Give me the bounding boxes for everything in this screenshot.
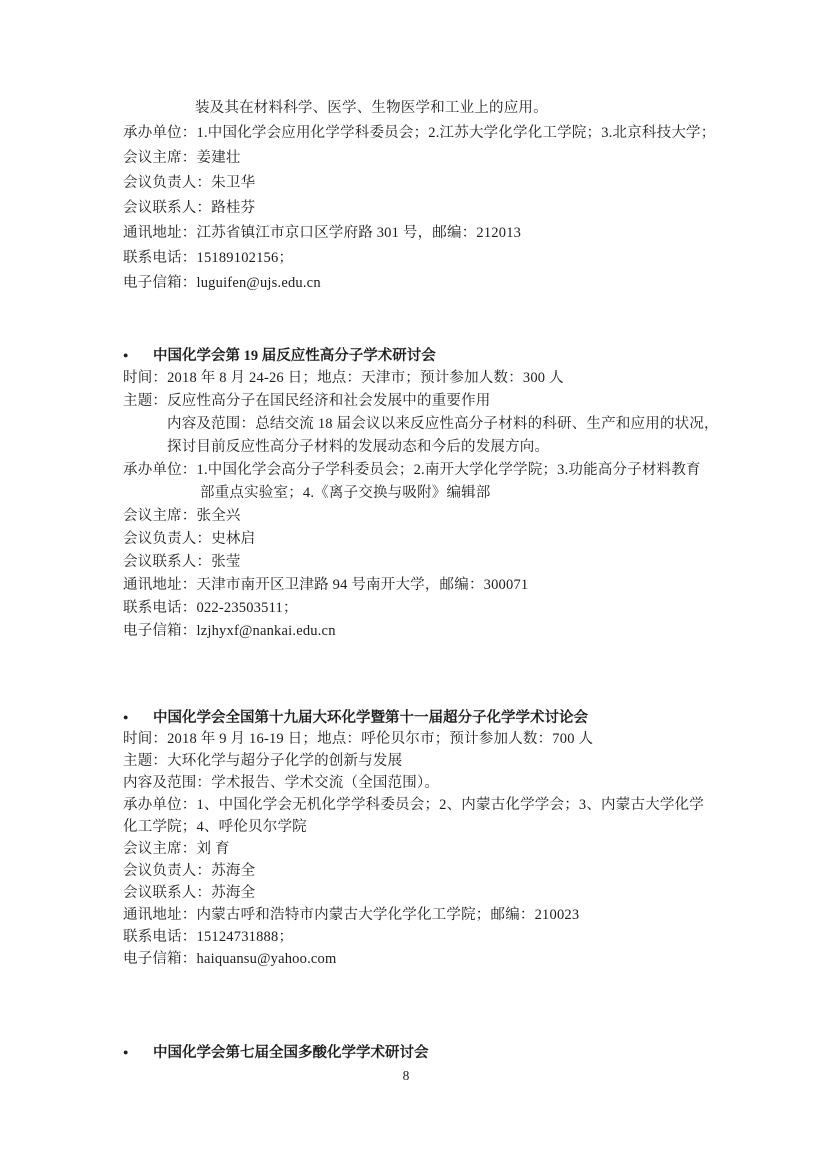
line-leader: 会议负责人：苏海全: [123, 860, 723, 882]
line-contact-person: 会议联系人：路桂芬: [123, 196, 723, 221]
line-organizers-continued: 化工学院；4、呼伦贝尔学院: [123, 816, 723, 838]
line-organizers: 承办单位：1.中国化学会应用化学学科委员会；2.江苏大学化学化工学院；3.北京科…: [123, 121, 723, 146]
line-topic: 主题：反应性高分子在国民经济和社会发展中的重要作用: [123, 390, 723, 413]
line-scope: 内容及范围：总结交流 18 届会议以来反应性高分子材料的科研、生产和应用的状况，: [123, 413, 723, 436]
document-page: 装及其在材料科学、医学、生物医学和工业上的应用。 承办单位：1.中国化学会应用化…: [0, 0, 827, 1169]
document-content: 装及其在材料科学、医学、生物医学和工业上的应用。 承办单位：1.中国化学会应用化…: [123, 96, 723, 1064]
conference-title-text: 中国化学会第七届全国多酸化学学术研讨会: [153, 1045, 429, 1061]
line-email: 电子信箱：luguifen@ujs.edu.cn: [123, 271, 723, 296]
line-organizers-continued: 部重点实验室；4.《离子交换与吸附》编辑部: [123, 482, 723, 505]
conference-section-1: 装及其在材料科学、医学、生物医学和工业上的应用。 承办单位：1.中国化学会应用化…: [123, 96, 723, 296]
line-scope-continued: 探讨目前反应性高分子材料的发展动态和今后的发展方向。: [123, 436, 723, 459]
line-email: 电子信箱：haiquansu@yahoo.com: [123, 948, 723, 970]
line-leader: 会议负责人：史林启: [123, 528, 723, 551]
bullet-icon: ●: [123, 1041, 153, 1064]
line-chair: 会议主席：张全兴: [123, 505, 723, 528]
conference-title: ●中国化学会全国第十九届大环化学暨第十一届超分子化学学术讨论会: [123, 706, 723, 728]
conference-title-text: 中国化学会全国第十九届大环化学暨第十一届超分子化学学术讨论会: [153, 710, 588, 726]
conference-section-2: ●中国化学会第 19 届反应性高分子学术研讨会 时间：2018 年 8 月 24…: [123, 344, 723, 643]
line-address: 通讯地址：内蒙古呼和浩特市内蒙古大学化学化工学院；邮编：210023: [123, 904, 723, 926]
conference-section-4: ●中国化学会第七届全国多酸化学学术研讨会: [123, 1041, 723, 1064]
line-contact-person: 会议联系人：张莹: [123, 551, 723, 574]
page-number: 8: [0, 1066, 812, 1086]
conference-title: ●中国化学会第 19 届反应性高分子学术研讨会: [123, 344, 723, 367]
line-leader: 会议负责人：朱卫华: [123, 171, 723, 196]
line-topic: 主题：大环化学与超分子化学的创新与发展: [123, 750, 723, 772]
conference-section-3: ●中国化学会全国第十九届大环化学暨第十一届超分子化学学术讨论会 时间：2018 …: [123, 706, 723, 970]
line-address: 通讯地址：天津市南开区卫津路 94 号南开大学，邮编：300071: [123, 574, 723, 597]
line-phone: 联系电话：022-23503511；: [123, 597, 723, 620]
line-organizers: 承办单位：1、中国化学会无机化学学科委员会；2、内蒙古化学学会；3、内蒙古大学化…: [123, 794, 723, 816]
line-chair: 会议主席：刘 育: [123, 838, 723, 860]
line-organizers: 承办单位：1.中国化学会高分子学科委员会；2.南开大学化学学院；3.功能高分子材…: [123, 459, 723, 482]
line-contact-person: 会议联系人：苏海全: [123, 882, 723, 904]
bullet-icon: ●: [123, 344, 153, 367]
line-scope: 内容及范围：学术报告、学术交流（全国范围）。: [123, 772, 723, 794]
conference-title-text: 中国化学会第 19 届反应性高分子学术研讨会: [153, 348, 436, 364]
line-address: 通讯地址：江苏省镇江市京口区学府路 301 号，邮编：212013: [123, 221, 723, 246]
line-time: 时间：2018 年 9 月 16-19 日；地点：呼伦贝尔市；预计参加人数：70…: [123, 728, 723, 750]
line-email: 电子信箱：lzjhyxf@nankai.edu.cn: [123, 620, 723, 643]
line-phone: 联系电话：15124731888；: [123, 926, 723, 948]
line-continuation: 装及其在材料科学、医学、生物医学和工业上的应用。: [123, 96, 723, 121]
line-phone: 联系电话：15189102156；: [123, 246, 723, 271]
conference-title: ●中国化学会第七届全国多酸化学学术研讨会: [123, 1041, 723, 1064]
line-time: 时间：2018 年 8 月 24-26 日；地点：天津市；预计参加人数：300 …: [123, 367, 723, 390]
line-chair: 会议主席：姜建壮: [123, 146, 723, 171]
bullet-icon: ●: [123, 706, 153, 728]
